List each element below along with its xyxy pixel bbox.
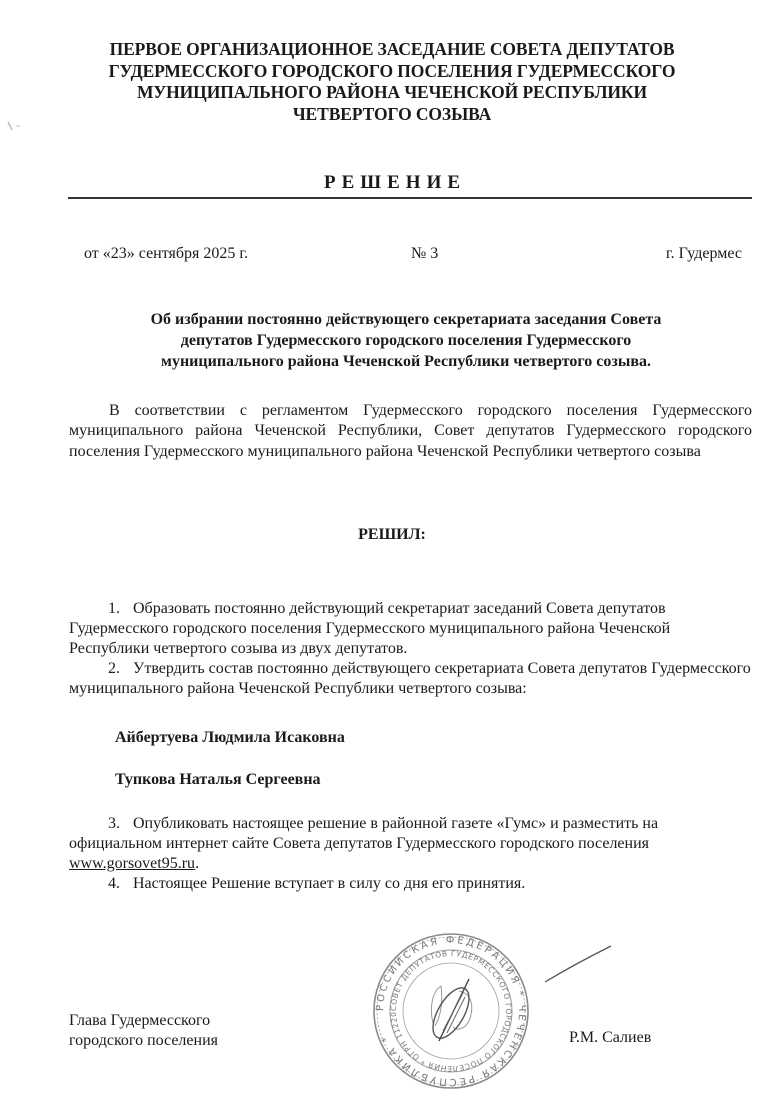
subject-line: муниципального района Чеченской Республи… (96, 351, 716, 372)
document-header: ПЕРВОЕ ОРГАНИЗАЦИОННОЕ ЗАСЕДАНИЕ СОВЕТА … (70, 39, 714, 125)
item-number: 4. (69, 874, 133, 894)
item-text: Опубликовать настоящее решение в районно… (69, 815, 658, 852)
item-number: 2. (69, 659, 133, 679)
header-line: ПЕРВОЕ ОРГАНИЗАЦИОННОЕ ЗАСЕДАНИЕ СОВЕТА … (70, 39, 714, 61)
resolved-heading: РЕШИЛ: (0, 526, 784, 544)
document-number: № 3 (411, 245, 438, 263)
member-name: Тупкова Наталья Сергеевна (115, 771, 321, 789)
official-stamp-icon: РОССИЙСКАЯ ФЕДЕРАЦИЯ * ЧЕЧЕНСКАЯ РЕСПУБЛ… (371, 931, 531, 1091)
item-text-end: . (195, 855, 199, 872)
document-date: от «23» сентября 2025 г. (84, 245, 248, 263)
document-meta-row: от «23» сентября 2025 г. № 3 г. Гудермес (84, 245, 742, 267)
position-line: городского поселения (69, 1031, 218, 1051)
signature-stroke-icon (545, 944, 615, 989)
subject-line: депутатов Гудермесского городского посел… (96, 330, 716, 351)
preamble-paragraph: В соответствии с регламентом Гудермесско… (69, 401, 752, 462)
resolution-item: 2.Утвердить состав постоянно действующег… (69, 659, 752, 699)
resolution-item: 3.Опубликовать настоящее решение в район… (69, 814, 752, 874)
signatory-name: Р.М. Салиев (569, 1029, 651, 1047)
document-place: г. Гудермес (666, 245, 742, 263)
header-line: ГУДЕРМЕССКОГО ГОРОДСКОГО ПОСЕЛЕНИЯ ГУДЕР… (70, 61, 714, 83)
position-line: Глава Гудермесского (69, 1011, 218, 1031)
scan-artifact (6, 120, 26, 134)
resolution-item: 1.Образовать постоянно действующий секре… (69, 599, 752, 659)
document-type-title: РЕШЕНИЕ (0, 172, 784, 194)
header-line: ЧЕТВЕРТОГО СОЗЫВА (70, 104, 714, 126)
item-text: Утвердить состав постоянно действующего … (69, 660, 751, 697)
horizontal-divider (68, 197, 752, 199)
resolution-items-1-2: 1.Образовать постоянно действующий секре… (69, 599, 752, 699)
subject-line: Об избрании постоянно действующего секре… (96, 309, 716, 330)
item-number: 3. (69, 814, 133, 834)
header-line: МУНИЦИПАЛЬНОГО РАЙОНА ЧЕЧЕНСКОЙ РЕСПУБЛИ… (70, 82, 714, 104)
item-number: 1. (69, 599, 133, 619)
resolution-item: 4.Настоящее Решение вступает в силу со д… (69, 874, 752, 894)
item-text: Образовать постоянно действующий секрета… (69, 600, 670, 657)
website-link[interactable]: www.gorsovet95.ru (69, 855, 195, 872)
resolution-items-3-4: 3.Опубликовать настоящее решение в район… (69, 814, 752, 894)
document-subject: Об избрании постоянно действующего секре… (96, 309, 716, 372)
member-name: Айбертуева Людмила Исаковна (115, 729, 345, 747)
signatory-position: Глава Гудермесского городского поселения (69, 1011, 218, 1051)
item-text: Настоящее Решение вступает в силу со дня… (133, 875, 525, 892)
